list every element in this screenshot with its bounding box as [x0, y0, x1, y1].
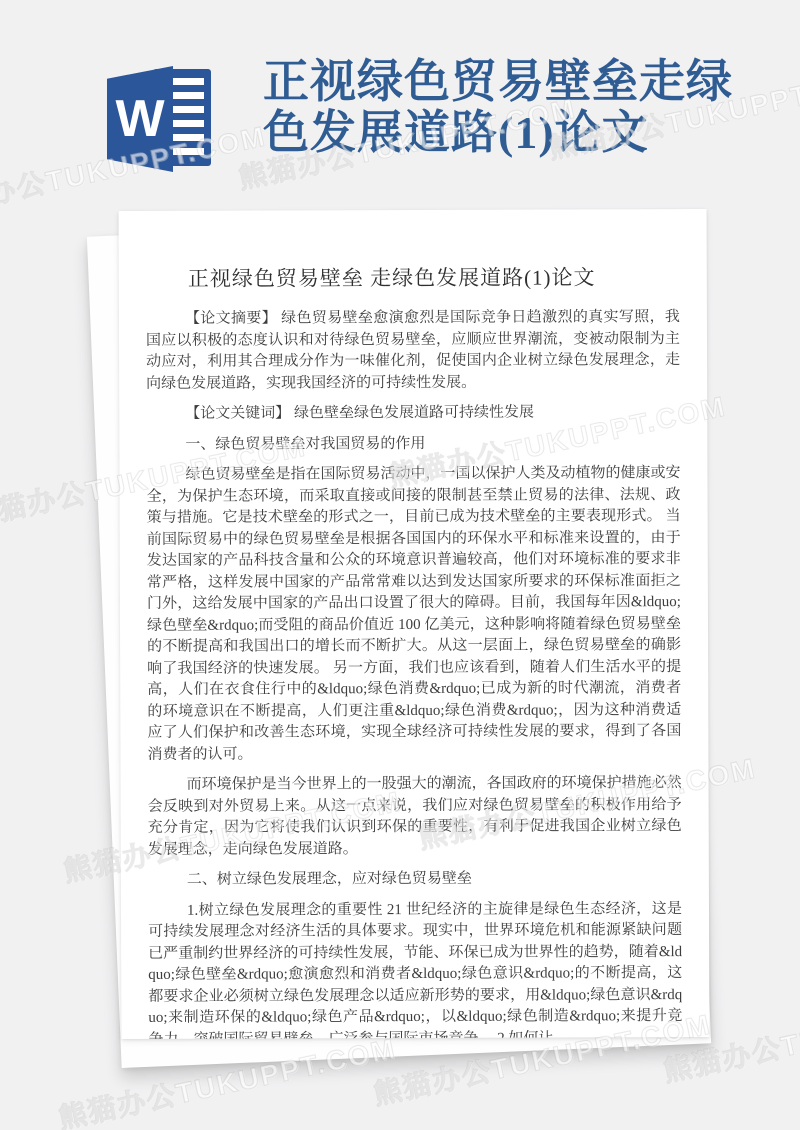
document-title: 正视绿色贸易壁垒 走绿色发展道路(1)论文 — [188, 261, 680, 293]
document-page: 正视绿色贸易壁垒 走绿色发展道路(1)论文 【论文摘要】 绿色贸易壁垒愈演愈烈是… — [119, 209, 710, 1039]
page-title: 正视绿色贸易壁垒走绿色发展道路(1)论文 — [263, 56, 761, 158]
page-background: W 正视绿色贸易壁垒走绿色发展道路(1)论文 正视绿色贸易壁垒 走绿色发展道路(… — [0, 0, 800, 1130]
document-paragraph: 1.树立绿色发展理念的重要性 21 世纪经济的主旋律是绿色生态经济，这是可持续发… — [148, 899, 683, 1039]
document-paragraph: 绿色贸易壁垒是指在国际贸易活动中，一国以保护人类及动植物的健康或安全，为保护生态… — [146, 463, 681, 766]
document-paragraph-keywords: 【论文关键词】 绿色壁垒绿色发展道路可持续性发展 — [146, 402, 680, 425]
document-paragraph-abstract: 【论文摘要】 绿色贸易壁垒愈演愈烈是国际竞争日趋激烈的真实写照，我国应以积极的态… — [146, 307, 680, 395]
document-paragraph: 而环境保护是当今世界上的一股强大的潮流，各国政府的环境保护措施必然会反映到对外贸… — [148, 773, 682, 861]
word-icon-letter: W — [107, 66, 173, 172]
document-header: W 正视绿色贸易壁垒走绿色发展道路(1)论文 — [103, 56, 761, 172]
word-file-icon: W — [103, 66, 211, 172]
document-content: 正视绿色贸易壁垒 走绿色发展道路(1)论文 【论文摘要】 绿色贸易壁垒愈演愈烈是… — [119, 209, 710, 1039]
document-heading-section-2: 二、树立绿色发展理念，应对绿色贸易壁垒 — [148, 868, 682, 891]
document-heading-section-1: 一、绿色贸易壁垒对我国贸易的作用 — [146, 433, 680, 456]
